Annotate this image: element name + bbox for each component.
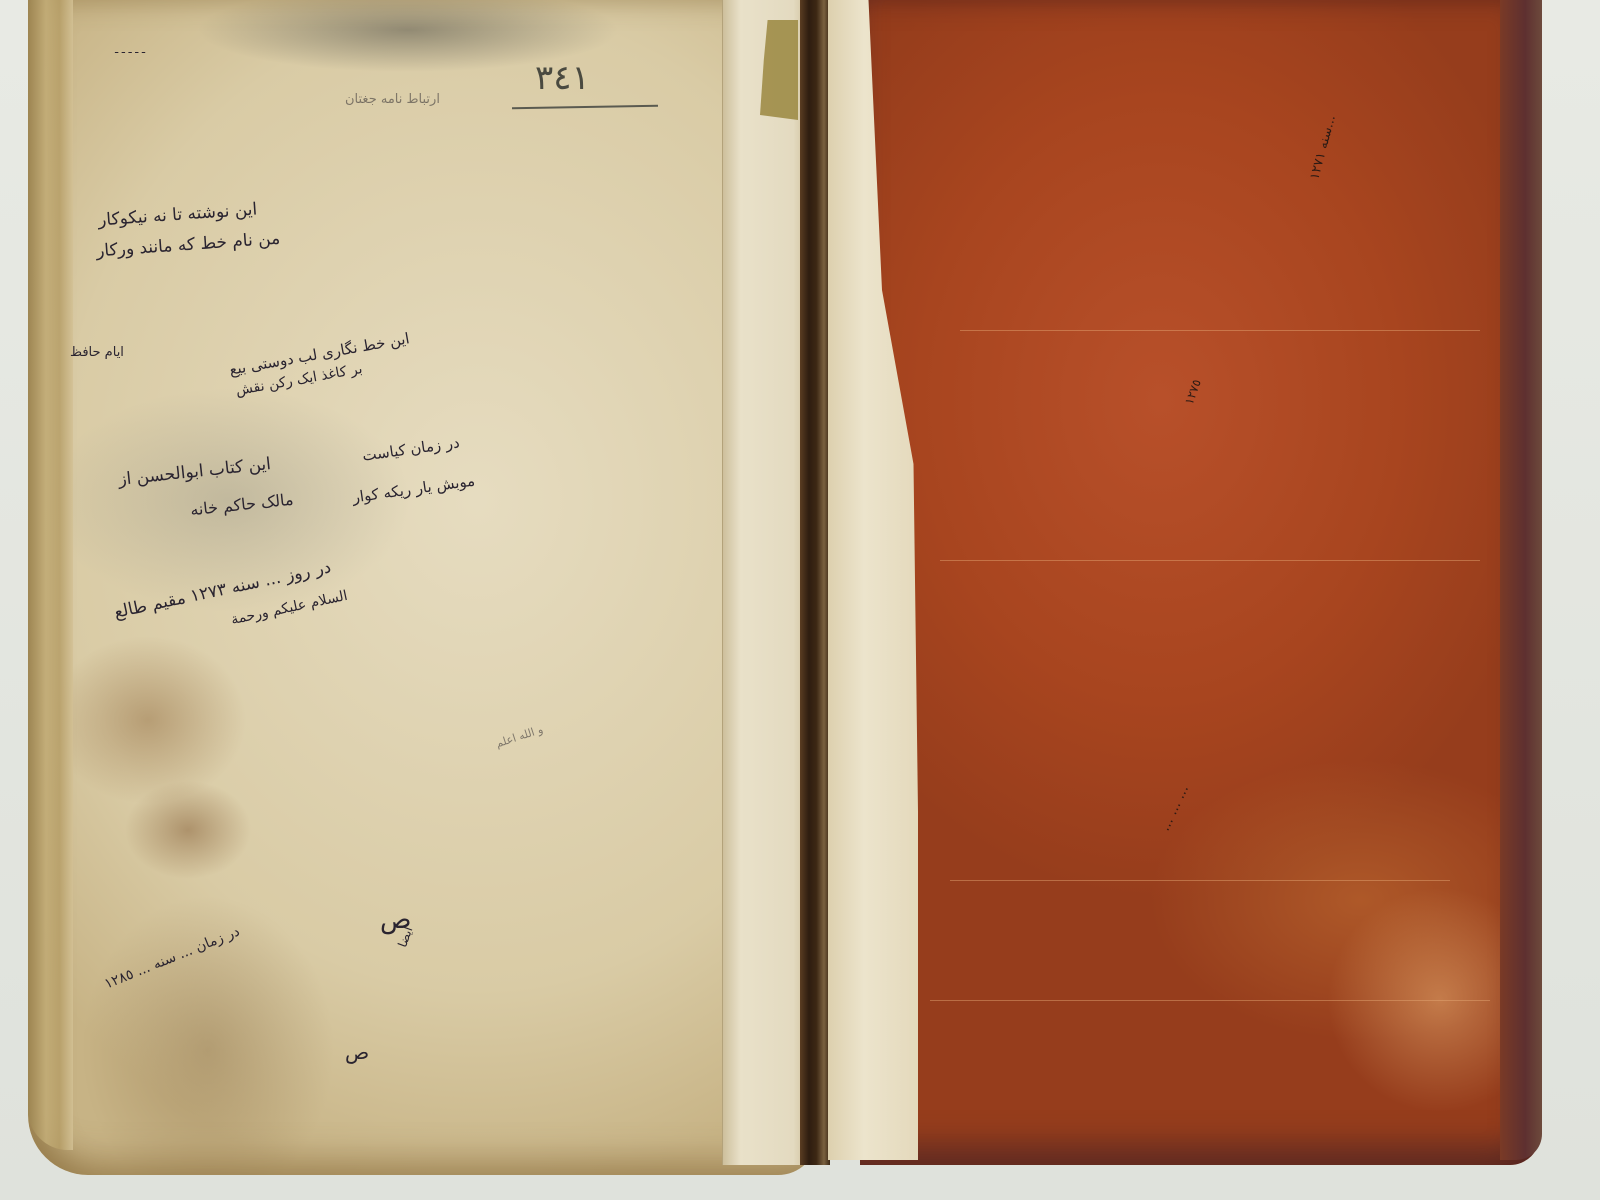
leather-turn-in-edge [1500,0,1542,1160]
leather-scratch [940,560,1480,561]
left-flyleaf-page [28,0,818,1175]
leather-scratch [950,880,1450,881]
leather-inner-cover [860,0,1540,1165]
gutter-fold-strip [722,0,811,1165]
inscription-margin-mark-2: ص [345,1040,369,1064]
left-page-edge [28,0,73,1150]
shelfmark-number: ٣٤١ [535,58,590,98]
inscription-top-left-list: ـ ـ ـ ـ ـ [115,40,145,60]
leather-scratch [930,1000,1490,1001]
inscription-note-3: ایام حافظ [70,345,124,360]
manuscript-photo: ٣٤١ ارتباط نامه جغتان ـ ـ ـ ـ ـ این نوشت… [0,0,1600,1200]
book-spine [800,0,830,1165]
leather-scratch [960,330,1480,331]
inscription-top-heading: ارتباط نامه جغتان [345,92,440,107]
